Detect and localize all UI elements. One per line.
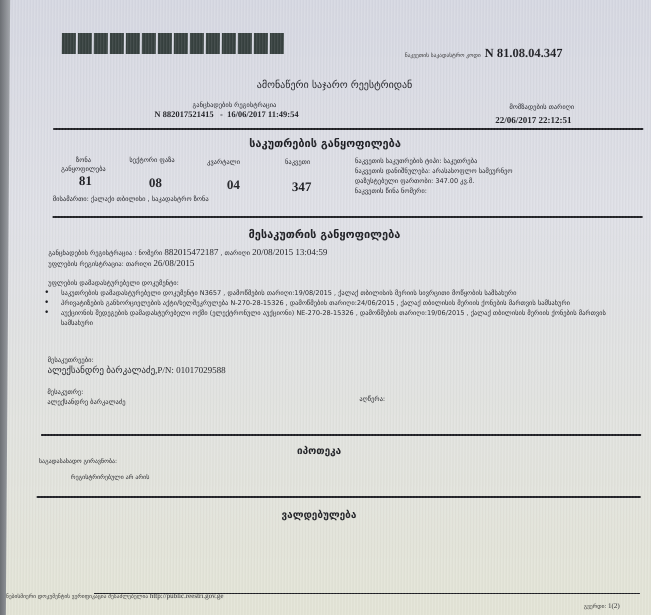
right-registration-date: 26/08/2015 bbox=[153, 258, 194, 268]
barcode-icon bbox=[62, 33, 284, 54]
quarter-value: 04 bbox=[227, 177, 240, 193]
owners-label: მესაკუთრეები: bbox=[48, 355, 226, 365]
registry-extract-page: ნაკვეთის საკადასტრო კოდი N 81.08.04.347 … bbox=[6, 0, 651, 615]
prepared-datetime: 22/06/2017 22:12:51 bbox=[495, 115, 571, 125]
registration-datetime: 20/08/2015 13:04:59 bbox=[252, 247, 327, 257]
registration-label: განცხადების რეგისტრაცია : ნომერი bbox=[48, 249, 162, 257]
page-number: გვერდი: 1(2) bbox=[584, 602, 620, 610]
document-title: ამონაწერი საჯარო რეესტრიდან bbox=[10, 80, 651, 91]
mortgage-subject-label: საგადასახადო გირავნობა: bbox=[39, 457, 117, 467]
parcel-label: ნაკვეთი bbox=[285, 158, 310, 166]
quarter-label: კვარტალი bbox=[207, 158, 240, 166]
share-label: აღწერა: bbox=[359, 394, 385, 404]
parcel-value: 347 bbox=[292, 179, 312, 195]
cadastral-code-label: ნაკვეთის საკადასტრო კოდი bbox=[405, 53, 481, 59]
registration-number: 882015472187 bbox=[164, 247, 218, 257]
footer-note: ნებისმიერი დოკუმენტის ვერიფიკაცია შესაძლ… bbox=[6, 592, 224, 600]
owner-section-title: მესაკუთრის განყოფილება bbox=[248, 228, 400, 241]
land-purpose: ნაკვეთის დანიშნულება: არასასოფლო სამეურნ… bbox=[355, 166, 513, 176]
basis-label: უფლების დამადასტურებელი დოკუმენტი: bbox=[48, 278, 621, 288]
basis-document: აუქციონის შედეგების დამადასტურებელი ოქმი… bbox=[48, 308, 621, 328]
ownership-type: ნაკვეთის საკუთრების ტიპი: საკუთრება bbox=[355, 156, 513, 166]
property-section-title: საკუთრების განყოფილება bbox=[249, 137, 401, 150]
application-number: N 882017521415 bbox=[154, 109, 213, 119]
right-registration-label: უფლების რეგისტრაცია: თარიღი bbox=[48, 260, 151, 268]
basis-documents: უფლების დამადასტურებელი დოკუმენტი: საკუთ… bbox=[48, 278, 621, 328]
sector-label: სექტორი ფაზა bbox=[127, 156, 177, 165]
owner-label: მესაკუთრე: bbox=[47, 387, 125, 397]
page-value: 1(2) bbox=[608, 602, 620, 610]
property-address: მისამართი: ქალაქი თბილისი , საკადასტრო ზ… bbox=[53, 195, 209, 203]
divider bbox=[53, 128, 643, 130]
divider bbox=[53, 216, 643, 218]
previous-number: ნაკვეთის წინა ნომერი: bbox=[355, 186, 513, 196]
registration-info: განცხადების რეგისტრაცია : ნომერი 8820154… bbox=[48, 247, 327, 269]
sector-value: 08 bbox=[149, 175, 162, 191]
footer-note-text: ნებისმიერი დოკუმენტის ვერიფიკაცია შესაძლ… bbox=[6, 594, 148, 600]
zone-value: 81 bbox=[79, 173, 92, 189]
basis-document: პრივატიზების განხორციელების აქტი/ხელშეკრ… bbox=[48, 298, 621, 308]
owner-block: მესაკუთრე: ალექსანდრე ბარკალაძე bbox=[47, 387, 125, 407]
cadastral-code: ნაკვეთის საკადასტრო კოდი N 81.08.04.347 bbox=[405, 44, 563, 62]
zone-label: ზონა განყოფილება bbox=[61, 156, 106, 174]
mortgage-section-title: იპოთეკა bbox=[297, 446, 341, 457]
owners-block: მესაკუთრეები: ალექსანდრე ბარკალაძე,P/N: … bbox=[48, 355, 226, 375]
application-datetime: 16/06/2017 11:49:54 bbox=[227, 109, 299, 119]
area: დაზუსტებული ფართობი: 347.00 კვ.მ. bbox=[355, 176, 513, 186]
application-label: განცხადების რეგისტრაცია bbox=[189, 101, 279, 109]
owner-value: ალექსანდრე ბარკალაძე bbox=[47, 397, 125, 407]
prepared-label: მომზადების თარიღი bbox=[509, 103, 574, 111]
page-label: გვერდი: bbox=[584, 604, 606, 610]
divider bbox=[37, 496, 641, 498]
divider bbox=[41, 434, 641, 436]
mortgage-subject-value: რეგისტრირებული არ არის bbox=[71, 473, 150, 483]
cadastral-code-value: N 81.08.04.347 bbox=[485, 46, 563, 60]
basis-document: საკუთრების დამადასტურებელი დოკუმენტი N36… bbox=[48, 288, 621, 298]
application-info: N 882017521415 - 16/06/2017 11:49:54 bbox=[154, 109, 298, 119]
footer-url[interactable]: http://public.reestri.gov.ge bbox=[150, 592, 224, 600]
property-details: ნაკვეთის საკუთრების ტიპი: საკუთრება ნაკვ… bbox=[355, 156, 513, 196]
registration-date-label: , თარიღი bbox=[220, 249, 250, 257]
owners-value: ალექსანდრე ბარკალაძე,P/N: 01017029588 bbox=[48, 365, 226, 375]
obligation-section-title: ვალდებულება bbox=[282, 510, 357, 521]
